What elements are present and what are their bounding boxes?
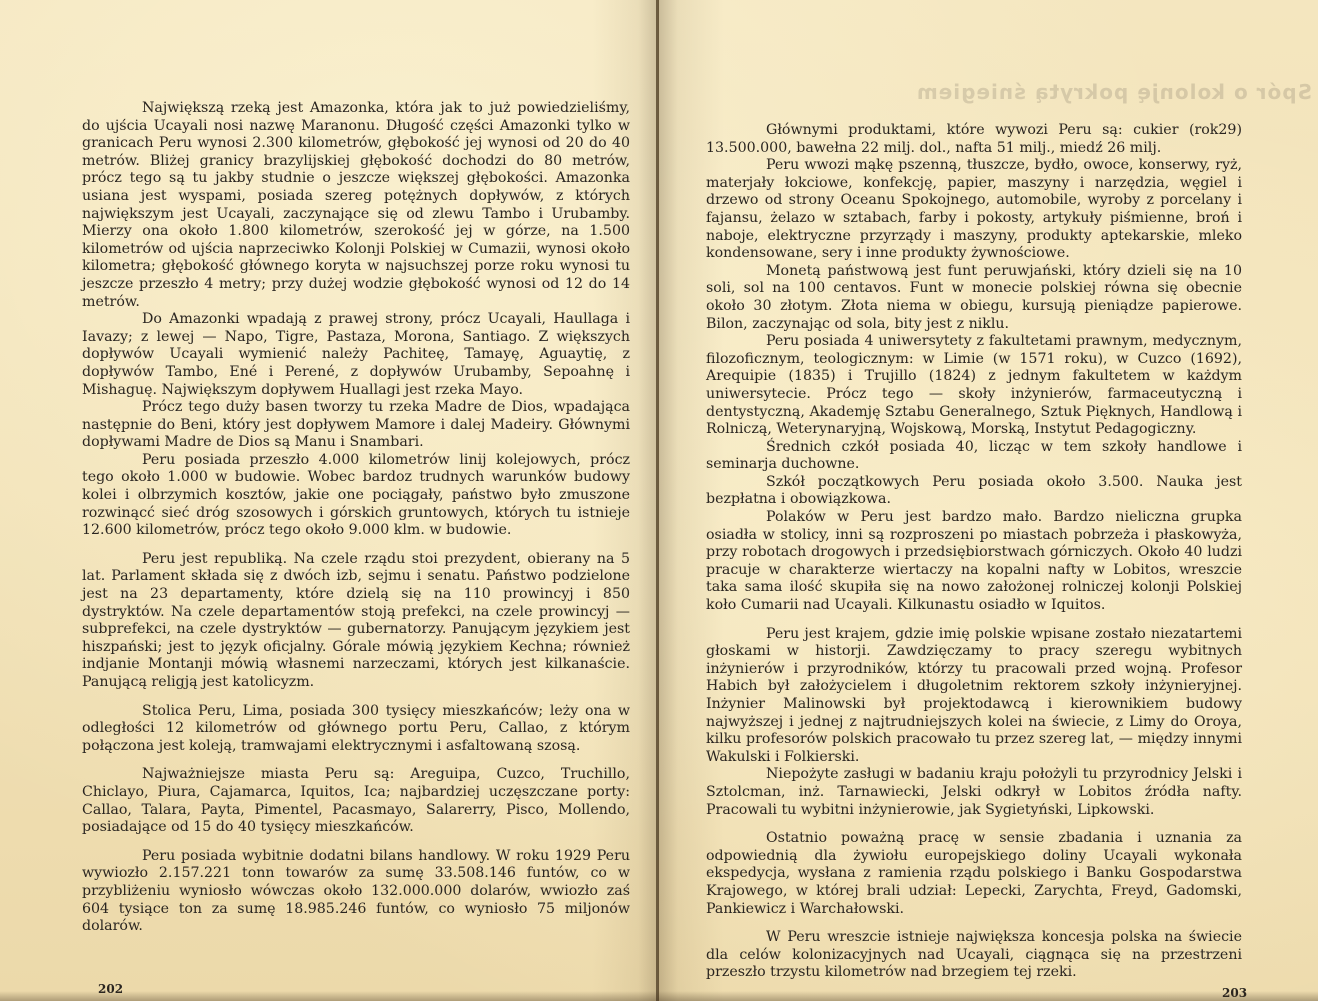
paragraph: Peru posiada przeszło 4.000 kilometrów l…: [82, 452, 630, 540]
paragraph: Niepożyte zasługi w badaniu kraju położy…: [706, 766, 1242, 819]
paragraph: Ostatnio poważną pracę w sensie zbadania…: [706, 830, 1242, 918]
paragraph: Prócz tego duży basen tworzy tu rzeka Ma…: [82, 399, 630, 452]
paragraph: Stolica Peru, Lima, posiada 300 tysięcy …: [82, 703, 630, 756]
paragraph: Polaków w Peru jest bardzo mało. Bardzo …: [706, 509, 1242, 615]
page-bottom-shadow: [0, 991, 1318, 1001]
paragraph: Monetą państwową jest funt peruwjański, …: [706, 263, 1242, 333]
paragraph: Głównymi produktami, które wywozi Peru s…: [706, 122, 1242, 157]
paragraph: Średnich czkół posiada 40, licząc w tem …: [706, 439, 1242, 474]
paragraph: Do Amazonki wpadają z prawej strony, pró…: [82, 311, 630, 399]
paragraph: Peru posiada wybitnie dodatni bilans han…: [82, 848, 630, 936]
paragraph: W Peru wreszcie istnieje największa konc…: [706, 929, 1242, 982]
paragraph: Najważniejsze miasta Peru są: Areguipa, …: [82, 766, 630, 836]
left-page-body: Największą rzeką jest Amazonka, która ja…: [82, 100, 630, 936]
paragraph: Peru wwozi mąkę pszenną, tłuszcze, bydło…: [706, 157, 1242, 263]
paragraph: Szkół początkowych Peru posiada około 3.…: [706, 474, 1242, 509]
bleed-through-heading: Spór o kolonję pokrytą śniegiem: [842, 80, 1312, 104]
paragraph: Peru posiada 4 uniwersytety z fakultetam…: [706, 333, 1242, 439]
paragraph: Peru jest republiką. Na czele rządu stoi…: [82, 551, 630, 692]
right-page-body: Głównymi produktami, które wywozi Peru s…: [706, 122, 1242, 982]
paragraph: Peru jest krajem, gdzie imię polskie wpi…: [706, 626, 1242, 767]
paragraph: Największą rzeką jest Amazonka, która ja…: [82, 100, 630, 311]
book-spread: Największą rzeką jest Amazonka, która ja…: [0, 0, 1318, 1001]
left-page: Największą rzeką jest Amazonka, która ja…: [0, 0, 658, 1001]
